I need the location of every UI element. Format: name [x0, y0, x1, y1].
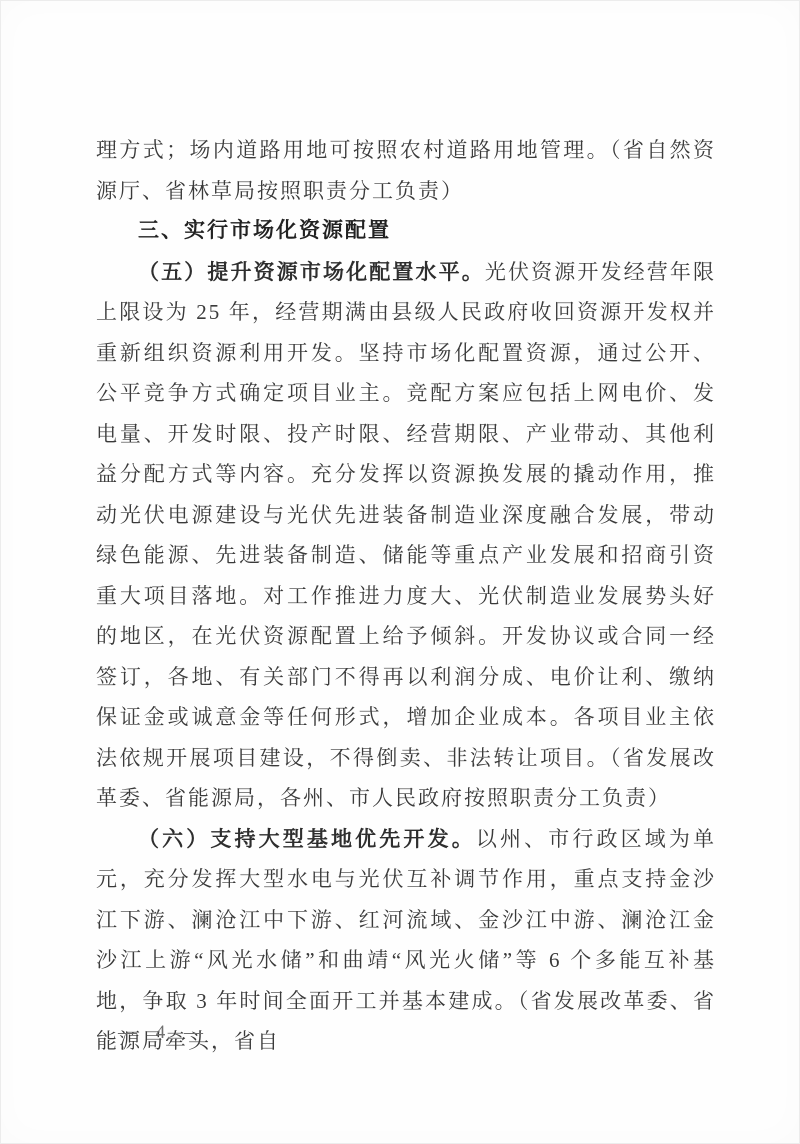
page-number: — 4 — — [118, 1022, 210, 1044]
item-six-text: 以州、市行政区域为单元，充分发挥大型水电与光伏互补调节作用，重点支持金沙江下游、… — [96, 827, 716, 1054]
paragraph-continuation-text: 理方式；场内道路用地可按照农村道路用地管理。（省自然资源厅、省林草局按照职责分工… — [96, 138, 716, 203]
item-six-lead: （六）支持大型基地优先开发。 — [138, 827, 476, 851]
item-five-text: 光伏资源开发经营年限上限设为 25 年，经营期满由县级人民政府收回资源开发权并重… — [96, 260, 716, 811]
paragraph-continuation: 理方式；场内道路用地可按照农村道路用地管理。（省自然资源厅、省林草局按照职责分工… — [96, 130, 716, 211]
section-heading: 三、实行市场化资源配置 — [96, 211, 716, 252]
paragraph-item-five: （五）提升资源市场化配置水平。光伏资源开发经营年限上限设为 25 年，经营期满由… — [96, 252, 716, 819]
item-five-lead: （五）提升资源市场化配置水平。 — [138, 260, 485, 284]
document-body: 理方式；场内道路用地可按照农村道路用地管理。（省自然资源厅、省林草局按照职责分工… — [96, 130, 716, 1062]
document-page: 理方式；场内道路用地可按照农村道路用地管理。（省自然资源厅、省林草局按照职责分工… — [0, 0, 800, 1144]
